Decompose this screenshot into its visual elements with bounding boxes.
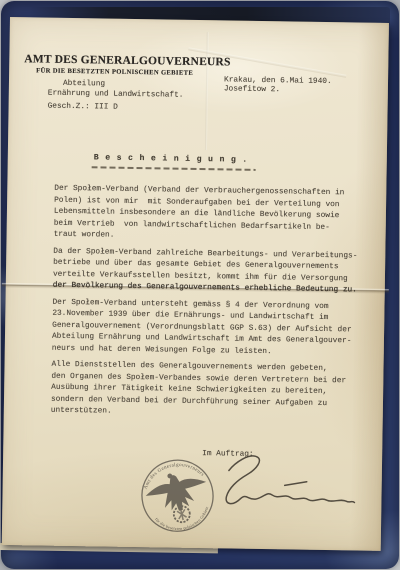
- certificate-title: B e s c h e i n i g u n g .: [94, 153, 248, 164]
- address-line: Josefitow 2.: [224, 85, 280, 94]
- photo-background: AMT DES GENERALGOUVERNEURS FÜR DIE BESET…: [0, 0, 400, 570]
- signature: [188, 440, 357, 528]
- paragraph: Da der Społem-Verband zahlreiche Bearbei…: [53, 246, 358, 297]
- paragraph: Alle Dienststellen des Generalgouverneme…: [51, 360, 356, 422]
- reference-number: Gesch.Z.: III D: [48, 103, 118, 112]
- document-paper: AMT DES GENERALGOUVERNEURS FÜR DIE BESET…: [2, 17, 389, 551]
- title-underline: [92, 166, 256, 171]
- dept-name: Ernährung und Landwirtschaft.: [48, 90, 184, 100]
- org-subtitle: FÜR DIE BESETZTEN POLNISCHEN GEBIETE: [36, 67, 193, 76]
- body-paragraphs: Der Społem-Verband (Verband der Verbrauc…: [51, 184, 359, 427]
- org-name: AMT DES GENERALGOUVERNEURS: [24, 53, 230, 68]
- paragraph: Der Społem-Verband untersteht gemäss § 4…: [52, 297, 357, 359]
- paragraph: Der Społem-Verband (Verband der Verbrauc…: [53, 184, 358, 246]
- date-line: Krakau, den 6.Mai 1940.: [224, 76, 332, 86]
- dept-label: Abteilung: [63, 80, 105, 89]
